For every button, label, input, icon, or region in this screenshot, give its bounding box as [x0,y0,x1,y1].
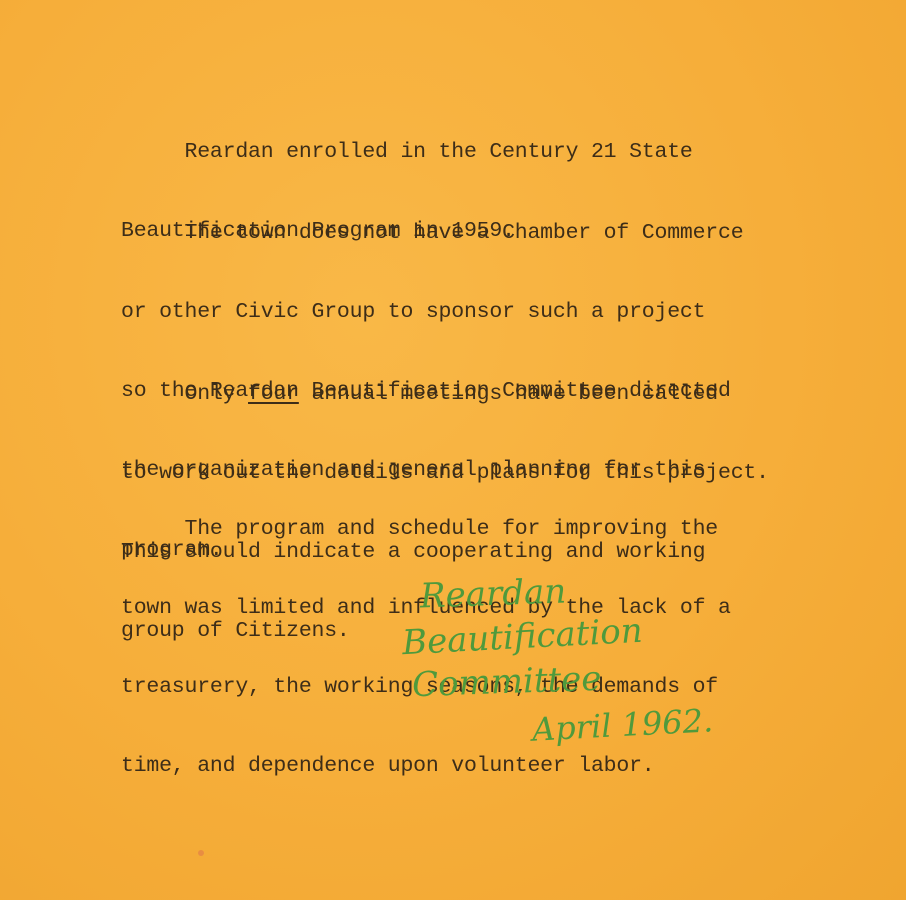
text-fragment: annual meetings have been called [299,382,718,406]
text-line: or other Civic Group to sponsor such a p… [121,299,743,325]
text-line: The town does not have a Chamber of Comm… [121,220,743,246]
document-page: Reardan enrolled in the Century 21 State… [0,0,906,900]
paper-stain [198,850,204,856]
text-line: Reardan enrolled in the Century 21 State [121,139,693,165]
text-line: The program and schedule for improving t… [121,516,731,542]
underlined-word: four [248,382,299,406]
signature-line-reardan: Reardan [419,571,566,616]
text-fragment: Only [121,382,248,406]
signature-line-committee: Committee [411,659,602,706]
text-line: Only four annual meetings have been call… [121,381,769,407]
text-line: time, and dependence upon volunteer labo… [121,753,731,779]
